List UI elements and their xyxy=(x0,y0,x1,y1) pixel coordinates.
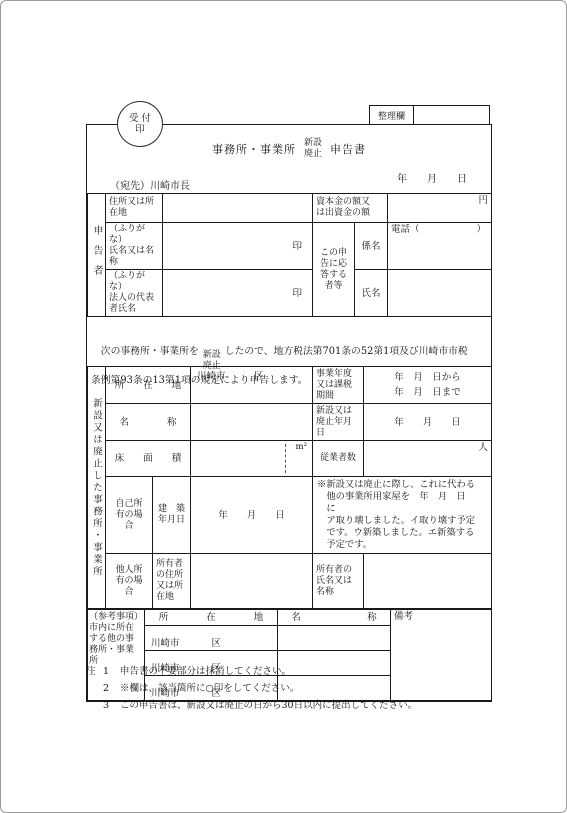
note-number-3: 3 xyxy=(103,697,120,714)
build-date-label: 建 築 年月日 xyxy=(153,477,191,554)
capital-amount-input[interactable]: 円 xyxy=(388,194,492,223)
self-owned-label: 自己所 有の場 合 xyxy=(106,477,153,554)
owner-name-input[interactable] xyxy=(364,554,492,609)
note-number-1: 1 xyxy=(103,663,120,680)
statement-new-abolish-stack: 新設廃止 xyxy=(203,350,221,371)
representative-name-label: （ふりがな） 法人の代表 者氏名 xyxy=(106,270,163,317)
employees-input[interactable]: 人 xyxy=(364,441,492,477)
declarant-name-label: （ふりがな） 氏名又は名 称 xyxy=(106,223,163,270)
title-new-label: 新設 xyxy=(304,138,322,149)
statement-text: 次の事務所・事業所を新設廃止したので、地方税法第701条の52第1項及び川崎市市… xyxy=(87,317,491,366)
fiscal-period-label: 事業年度 又は課税 期間 xyxy=(313,367,364,404)
declarant-table: 申告者 住所又は所 在地 資本金の額又 は出資金の額 円 （ふりがな） 氏名又は… xyxy=(87,193,492,317)
processing-column-box: 整理欄 xyxy=(369,105,490,125)
est-date-label: 新設又は 廃止年月 日 xyxy=(313,404,364,441)
declarant-vertical-label: 申告者 xyxy=(88,194,106,317)
note-number-2: 2 xyxy=(103,680,120,697)
other-owned-label: 他人所 有の場 合 xyxy=(106,554,153,609)
note-text-1: 申告書の不要部分は抹消してください。 xyxy=(120,663,291,680)
declarant-name-input[interactable]: 印 xyxy=(163,223,313,270)
note-heading: 注 xyxy=(86,663,103,680)
statement-abolish-label: 廃止 xyxy=(203,361,221,372)
representative-name-input[interactable]: 印 xyxy=(163,270,313,317)
processing-column-label: 整理欄 xyxy=(370,106,414,124)
decimal-divider-line xyxy=(285,444,286,473)
declarant-address-input[interactable] xyxy=(163,194,313,223)
note-row-2: 2 ※欄は、該当箇所に○印をしてください。 xyxy=(86,680,526,697)
owner-address-label: 所有者 の住所 又は所 在地 xyxy=(153,554,191,609)
note-row-3: 3 この申告書は、新設又は廃止の日から30日以内に提出してください。 xyxy=(86,697,526,714)
office-name-label: 名 称 xyxy=(106,404,191,441)
ref-name-header: 名 称 xyxy=(278,610,391,626)
fiscal-period-input[interactable]: 年 月 日から 年 月 日まで xyxy=(364,367,492,404)
statement-before: 次の事務所・事業所を xyxy=(91,346,199,357)
phone-input[interactable]: 電話（ ） xyxy=(388,223,492,270)
responder-person-label: 氏名 xyxy=(355,270,388,317)
processing-column-input[interactable] xyxy=(414,106,489,124)
ref-name-input-1[interactable] xyxy=(278,626,391,651)
note-text-3: この申告書は、新設又は廃止の日から30日以内に提出してください。 xyxy=(120,697,417,714)
ref-ward-1: 区 xyxy=(212,638,222,649)
title-abolish-label: 廃止 xyxy=(304,149,322,160)
office-vertical-label: 新設又は廃止した事務所・事業所 xyxy=(88,367,106,609)
reception-stamp: 受 付 印 xyxy=(117,101,163,147)
statement-new-label: 新設 xyxy=(203,350,221,361)
owner-name-label: 所有者の 氏名又は 名称 xyxy=(313,554,364,609)
declaration-date-field[interactable]: 年 月 日 xyxy=(397,170,467,185)
note-row-1: 注 1 申告書の不要部分は抹消してください。 xyxy=(86,663,526,680)
replacement-note: ※新設又は廃止に際し、これに代わる 他の事業所用家屋を 年 月 日 に ア取り壊… xyxy=(313,477,492,554)
floor-area-label: 床 面 積 xyxy=(106,441,191,477)
employees-label: 従業者数 xyxy=(313,441,364,477)
note-text-2: ※欄は、該当箇所に○印をしてください。 xyxy=(120,680,299,697)
floor-area-input[interactable]: m² xyxy=(191,441,313,477)
footnotes: 注 1 申告書の不要部分は抹消してください。 2 ※欄は、該当箇所に○印をしてく… xyxy=(86,663,526,714)
title-suffix: 申告書 xyxy=(330,141,366,157)
title-prefix: 事務所・事業所 xyxy=(212,141,296,157)
office-name-input[interactable] xyxy=(191,404,313,441)
build-date-input[interactable]: 年 月 日 xyxy=(191,477,313,554)
capital-label: 資本金の額又 は出資金の額 xyxy=(313,194,388,223)
ref-location-header: 所 在 地 xyxy=(145,610,278,626)
declarant-address-label: 住所又は所 在地 xyxy=(106,194,163,223)
ref-city-1: 川崎市 xyxy=(151,638,180,649)
title-new-abolish-stack: 新設 廃止 xyxy=(304,138,322,159)
sqm-unit: m² xyxy=(296,442,307,453)
owner-address-input[interactable] xyxy=(191,554,313,609)
office-table: 新設又は廃止した事務所・事業所 所 在 地 川崎市 区 事業年度 又は課税 期間… xyxy=(87,366,492,609)
responder-person-input[interactable] xyxy=(388,270,492,317)
ref-location-input-1[interactable]: 川崎市区 xyxy=(145,626,278,651)
section-name-label: 係名 xyxy=(355,223,388,270)
declaration-form: 事務所・事業所 新設 廃止 申告書 年 月 日 （宛先）川崎市長 申告者 住所又… xyxy=(86,124,492,702)
responder-label: この申 告に応 答する 者等 xyxy=(313,223,355,317)
form-page: 受 付 印 整理欄 事務所・事業所 新設 廃止 申告書 年 月 日 （宛先）川崎… xyxy=(0,0,567,813)
est-date-input[interactable]: 年 月 日 xyxy=(364,404,492,441)
addressee-label: （宛先）川崎市長 xyxy=(110,177,190,192)
